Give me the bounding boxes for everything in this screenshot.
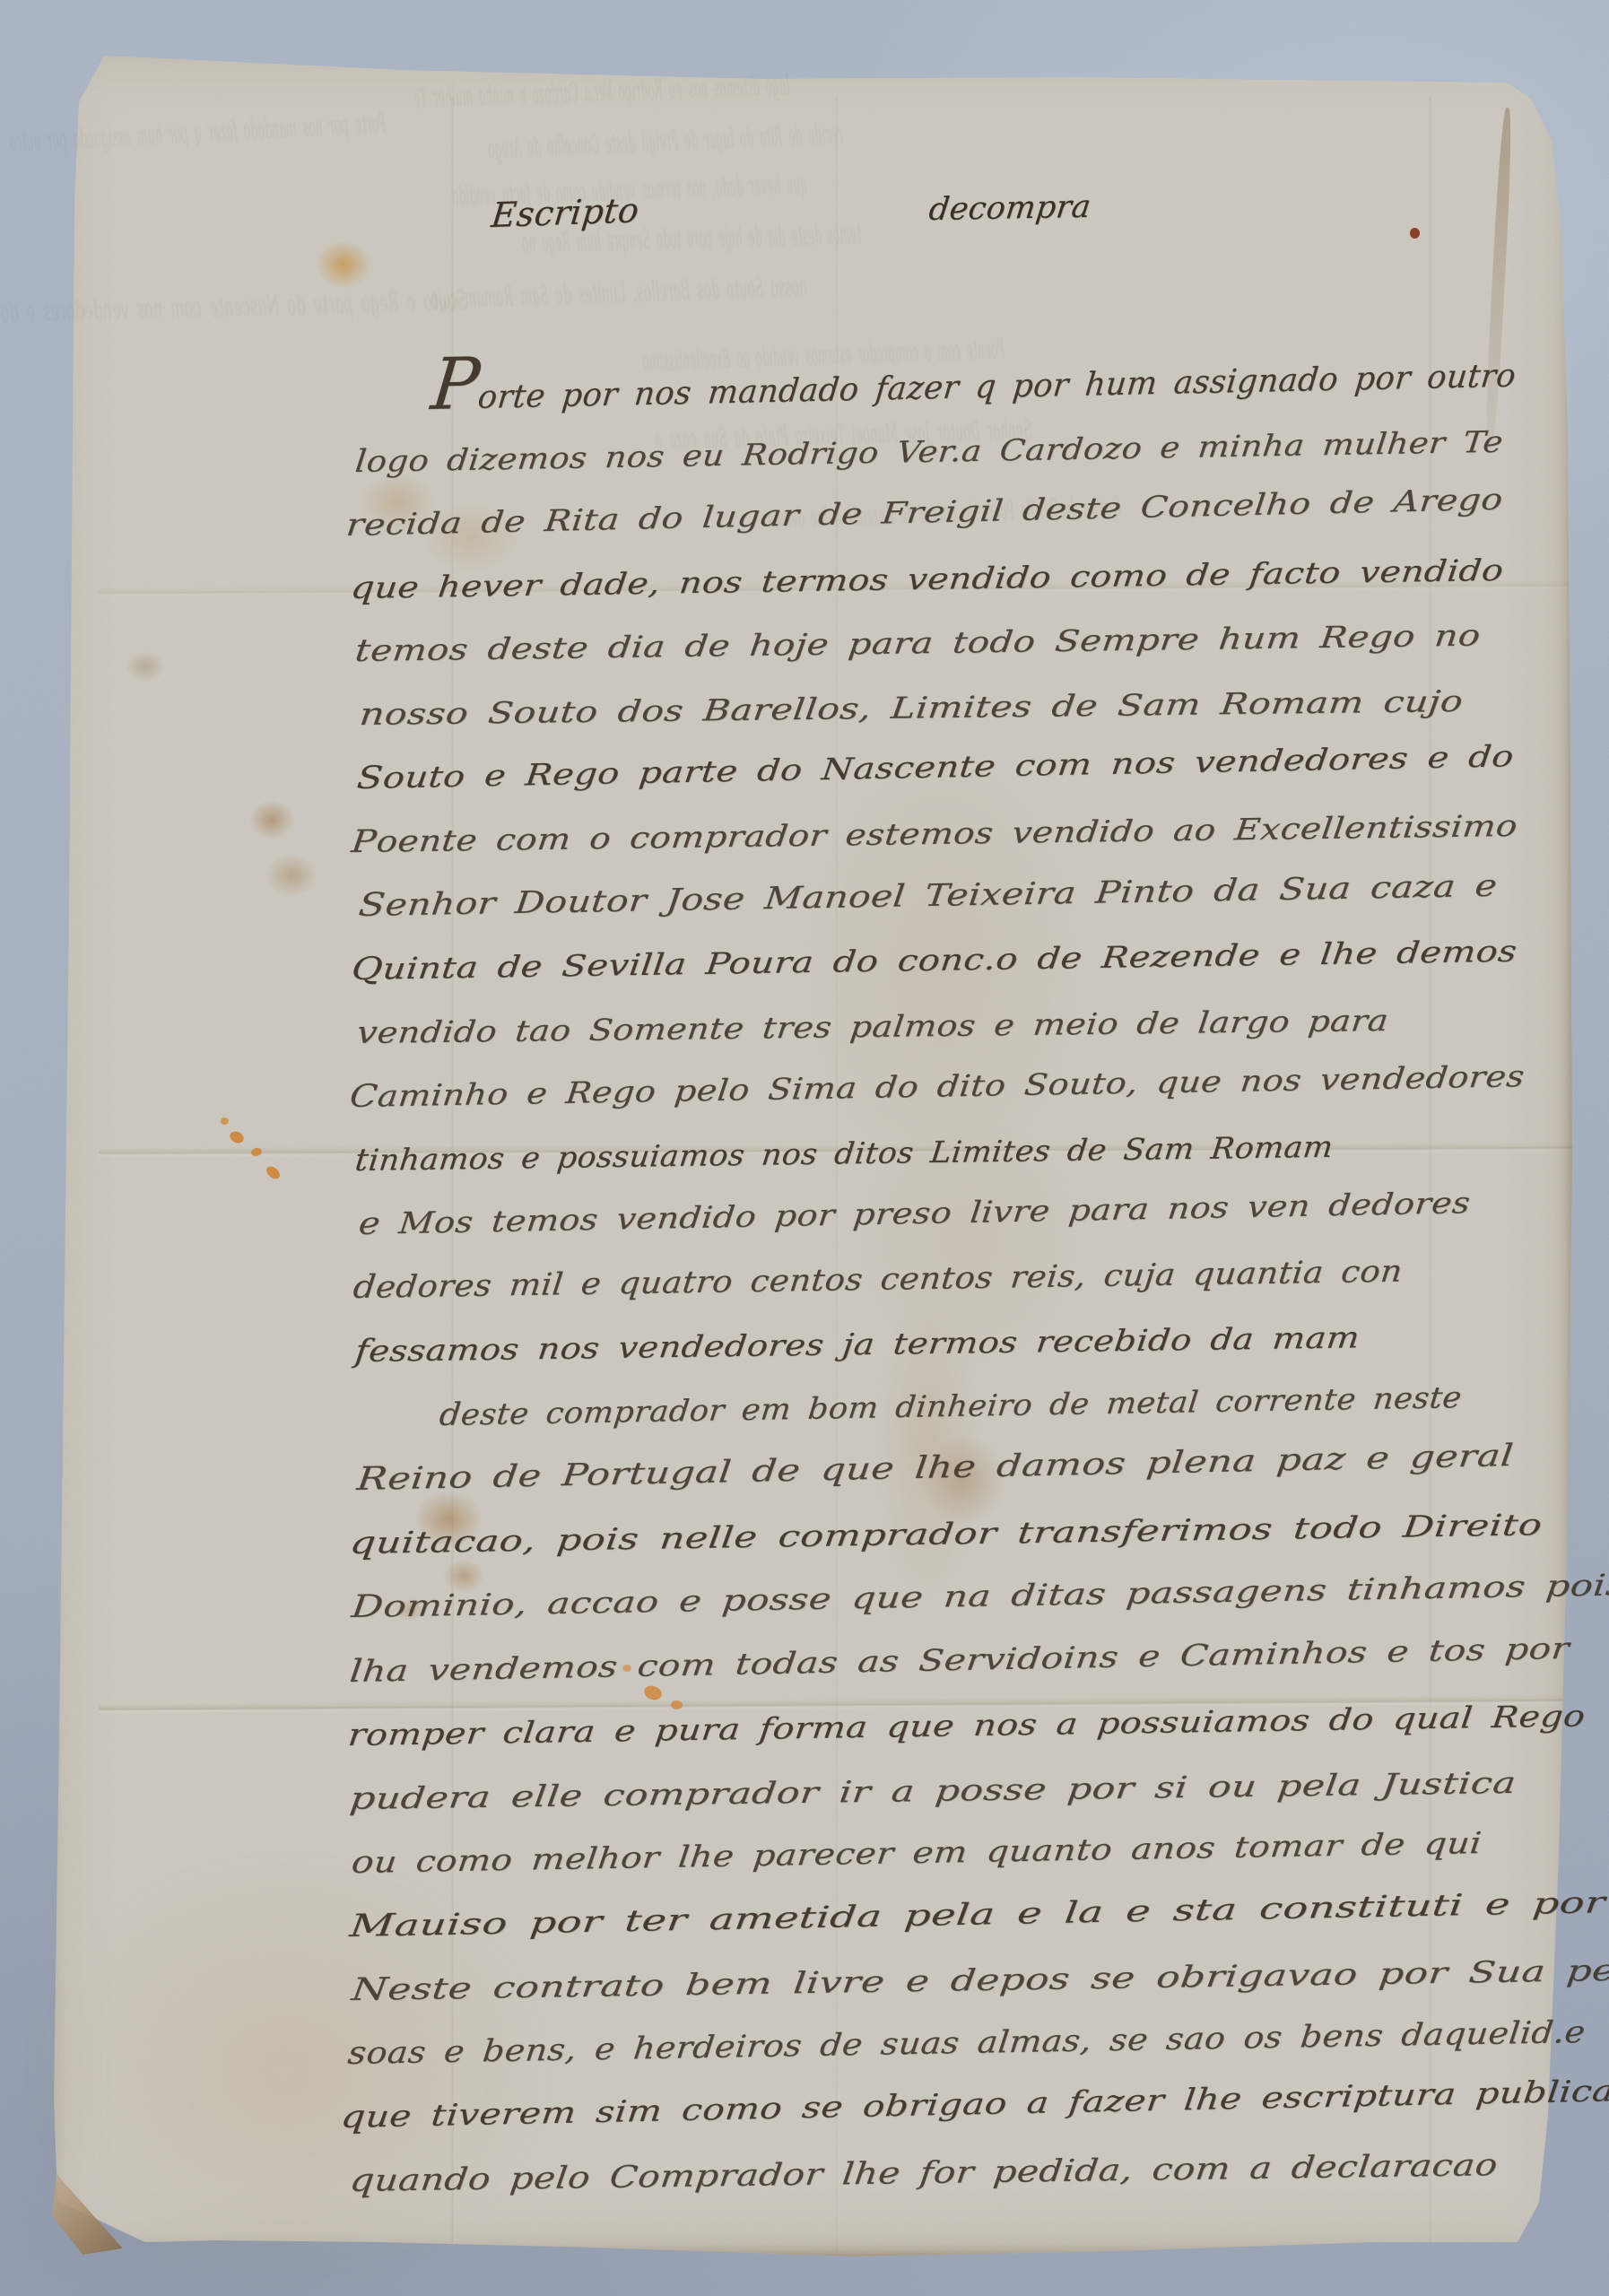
- desk-surface: Escripto decompra Porte por nos mandado …: [0, 0, 1609, 2296]
- fold-crease-horizontal-1: [99, 579, 1609, 598]
- fold-crease-horizontal-3: [99, 1694, 1609, 1714]
- fold-crease-vertical-2: [834, 97, 840, 2276]
- fold-crease-horizontal-2: [99, 1142, 1609, 1158]
- manuscript-page: [45, 43, 1575, 2258]
- fold-crease-vertical-1: [450, 97, 457, 2276]
- paper-edge-shading: [45, 43, 1575, 2258]
- fold-crease-vertical-3: [1428, 97, 1434, 2276]
